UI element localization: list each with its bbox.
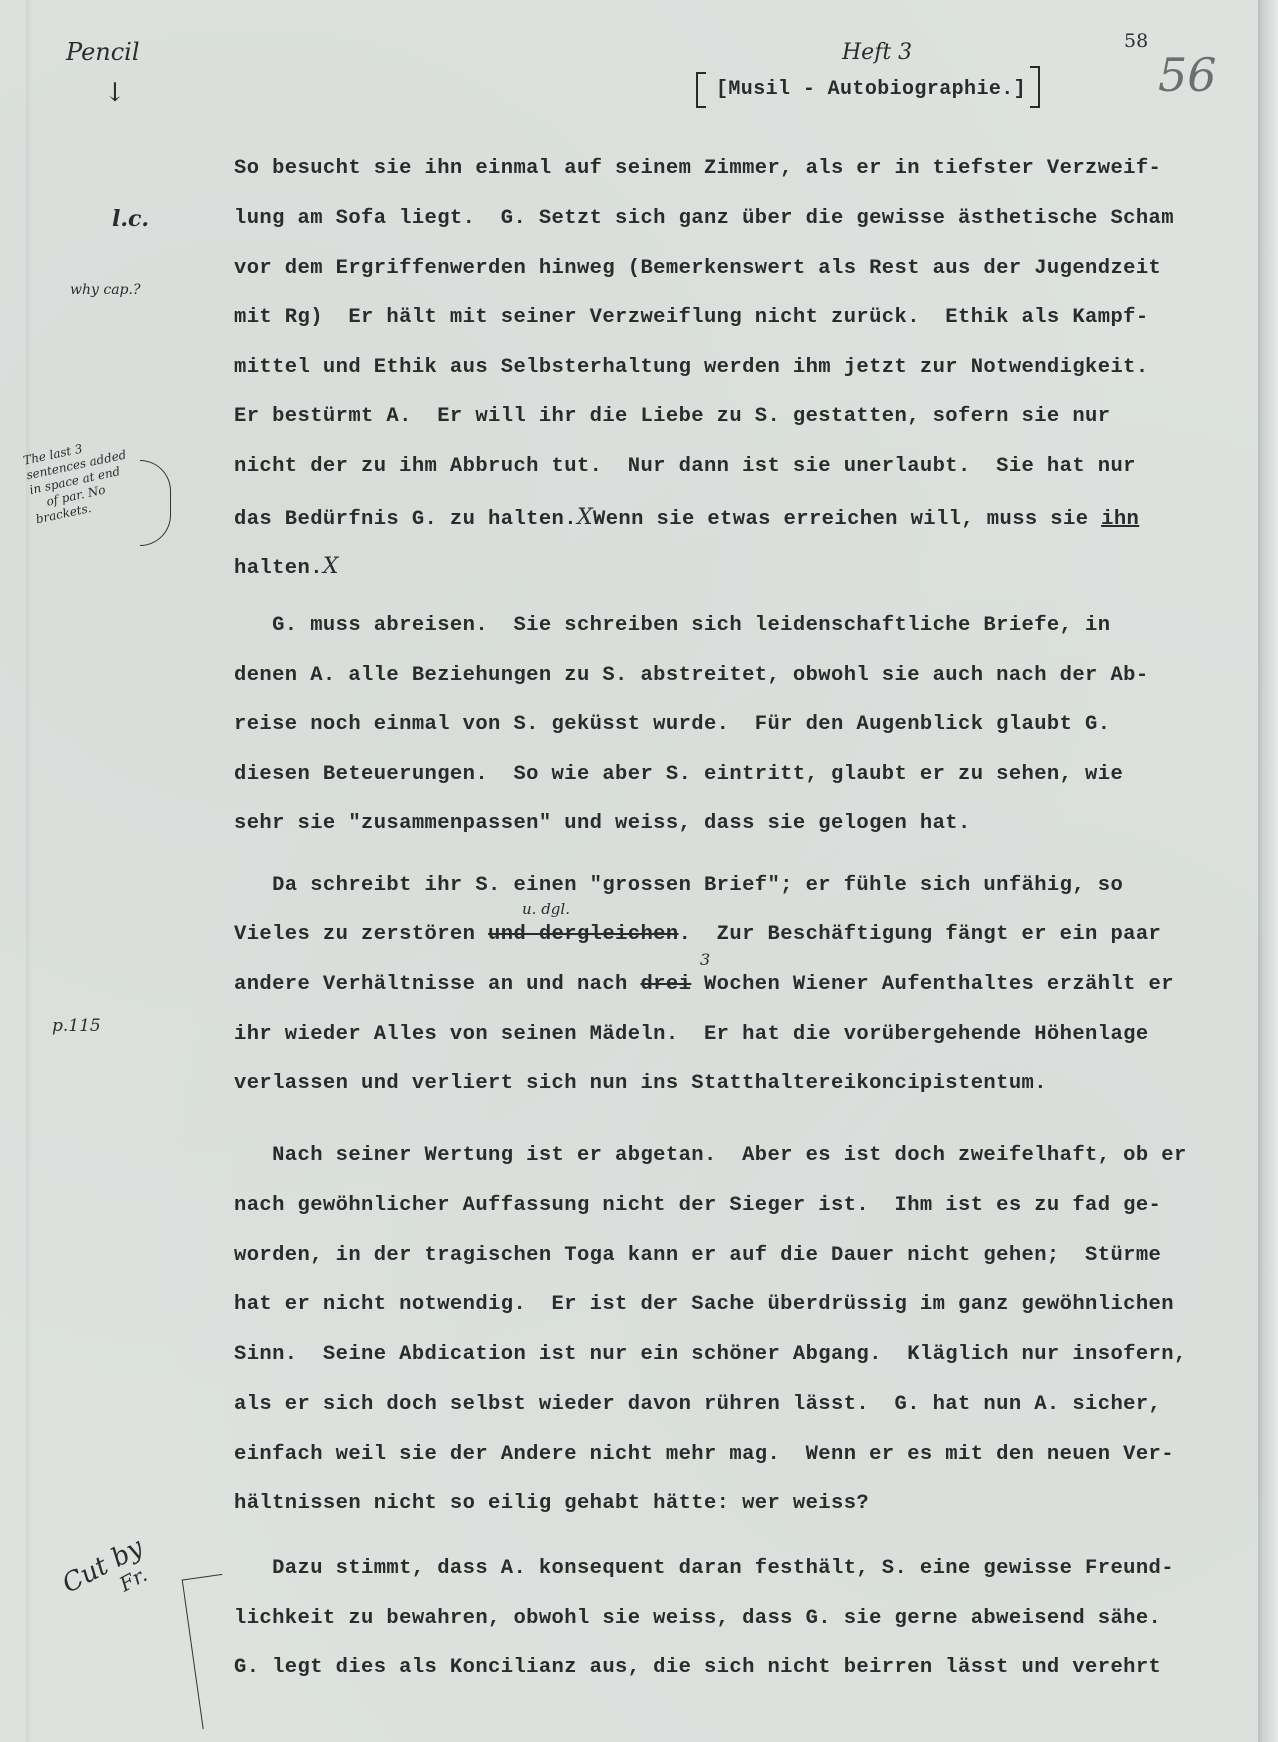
- text-line: einfach weil sie der Andere nicht mehr m…: [234, 1443, 1174, 1466]
- arrow-down-icon: ↓: [104, 78, 126, 108]
- text-segment: das Bedürfnis G. zu halten.: [234, 508, 577, 531]
- text-line: worden, in der tragischen Toga kann er a…: [234, 1244, 1161, 1267]
- text-line: lung am Sofa liegt. G. Setzt sich ganz ü…: [234, 207, 1174, 230]
- text-line: G. muss abreisen. Sie schreiben sich lei…: [234, 614, 1110, 637]
- text-line: nicht der zu ihm Abbruch tut. Nur dann i…: [234, 455, 1136, 478]
- margin-bracket-cut: [182, 1574, 244, 1729]
- text-line: vor dem Ergriffenwerden hinweg (Bemerken…: [234, 257, 1161, 280]
- insert-mark: X: [577, 505, 593, 530]
- text-line: mit Rg) Er hält mit seiner Verzweiflung …: [234, 306, 1149, 329]
- text-line: Nach seiner Wertung ist er abgetan. Aber…: [234, 1144, 1187, 1167]
- text-line: lichkeit zu bewahren, obwohl sie weiss, …: [234, 1607, 1161, 1630]
- text-line: Vieles zu zerstören und dergleichen. Zur…: [234, 923, 1161, 946]
- text-line: mittel und Ethik aus Selbsterhaltung wer…: [234, 356, 1149, 379]
- text-segment: Vieles zu zerstören: [234, 923, 488, 946]
- margin-note-lc: l.c.: [112, 206, 149, 232]
- text-segment: . Zur Beschäftigung fängt er ein paar: [679, 923, 1162, 946]
- page-edge-right: [1258, 0, 1278, 1742]
- title-bracket-right: [1030, 66, 1040, 108]
- document-page: Pencil ↓ Heft 3 [Musil - Autobiographie.…: [0, 0, 1262, 1742]
- text-line: das Bedürfnis G. zu halten.XWenn sie etw…: [234, 505, 1139, 531]
- text-line: denen A. alle Beziehungen zu S. abstreit…: [234, 664, 1149, 687]
- text-line: Da schreibt ihr S. einen "grossen Brief"…: [234, 874, 1123, 897]
- margin-bracket-curved: [140, 460, 171, 546]
- margin-note-pencil: Pencil: [66, 38, 140, 66]
- title-bracket-left: [696, 72, 706, 108]
- text-segment: Wenn sie etwas erreichen will, muss sie: [593, 508, 1101, 531]
- struck-text: drei: [640, 973, 691, 996]
- page-shadow-left: [26, 0, 32, 1742]
- text-line: hat er nicht notwendig. Er ist der Sache…: [234, 1293, 1174, 1316]
- page-number-large: 56: [1158, 48, 1217, 102]
- text-line: nach gewöhnlicher Auffassung nicht der S…: [234, 1194, 1161, 1217]
- margin-note-page-ref: p.115: [52, 1016, 101, 1036]
- page-title: [Musil - Autobiographie.]: [716, 78, 1026, 101]
- margin-note-why-cap: why cap.?: [70, 282, 140, 298]
- insert-mark: X: [323, 554, 339, 579]
- text-line: halten.X: [234, 554, 339, 580]
- text-line: G. legt dies als Koncilianz aus, die sic…: [234, 1656, 1161, 1679]
- text-line: hältnissen nicht so eilig gehabt hätte: …: [234, 1492, 869, 1515]
- margin-note-last-sentences: The last 3 sentences added in space at e…: [22, 433, 137, 528]
- margin-note-cut-by-fr: Cut by Fr.: [58, 1533, 159, 1620]
- struck-text: und dergleichen: [488, 923, 679, 946]
- text-line: ihr wieder Alles von seinen Mädeln. Er h…: [234, 1023, 1149, 1046]
- text-line: als er sich doch selbst wieder davon rüh…: [234, 1393, 1161, 1416]
- handwritten-insert-udgl: u. dgl.: [522, 900, 570, 918]
- text-line: Dazu stimmt, dass A. konsequent daran fe…: [234, 1557, 1174, 1580]
- text-segment: andere Verhältnisse an und nach: [234, 973, 640, 996]
- text-segment: Wochen Wiener Aufenthaltes erzählt er: [691, 973, 1174, 996]
- text-line: Er bestürmt A. Er will ihr die Liebe zu …: [234, 405, 1110, 428]
- text-line: So besucht sie ihn einmal auf seinem Zim…: [234, 157, 1161, 180]
- text-segment: halten.: [234, 557, 323, 580]
- text-line: sehr sie "zusammenpassen" und weiss, das…: [234, 812, 971, 835]
- text-line: Sinn. Seine Abdication ist nur ein schön…: [234, 1343, 1187, 1366]
- text-line: verlassen und verliert sich nun ins Stat…: [234, 1072, 1047, 1095]
- page-number-small: 58: [1124, 30, 1148, 52]
- handwritten-heft-note: Heft 3: [842, 40, 912, 65]
- handwritten-insert-3: 3: [700, 950, 710, 969]
- page-title-text: [Musil - Autobiographie.]: [716, 78, 1026, 101]
- underlined-word: ihn: [1101, 508, 1139, 531]
- text-line: andere Verhältnisse an und nach drei Woc…: [234, 973, 1174, 996]
- text-line: reise noch einmal von S. geküsst wurde. …: [234, 713, 1110, 736]
- text-line: diesen Beteuerungen. So wie aber S. eint…: [234, 763, 1123, 786]
